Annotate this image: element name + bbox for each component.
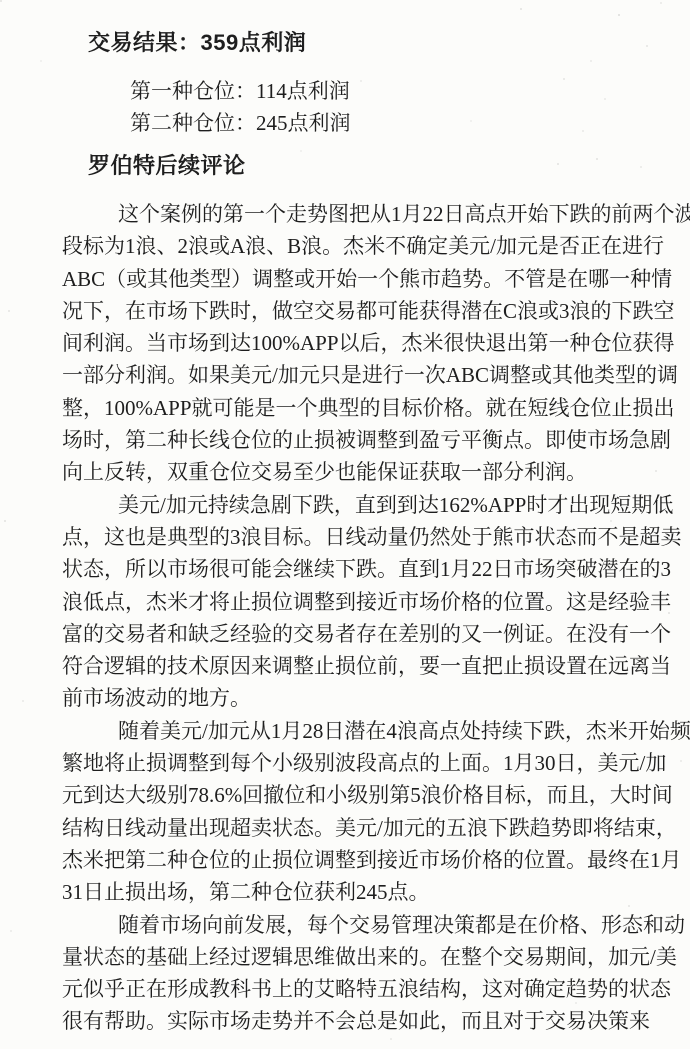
paragraph: 美元/加元持续急剧下跌，直到到达162%APP时才出现短期低点，这也是典型的3浪… — [62, 489, 628, 715]
paragraphs: 这个案例的第一个走势图把从1月22日高点开始下跌的前两个波段标为1浪、2浪或A浪… — [62, 198, 628, 1038]
text-line: 31日止损出场，第二种仓位获利245点。 — [62, 876, 628, 908]
text-line: 间利润。当市场到达100%APP以后，杰米很快退出第一种仓位获得 — [62, 327, 628, 359]
text-line: 前市场波动的地方。 — [62, 682, 628, 714]
text-line: 这个案例的第一个走势图把从1月22日高点开始下跌的前两个波 — [62, 198, 628, 230]
text-line: 段标为1浪、2浪或A浪、B浪。杰米不确定美元/加元是否正在进行 — [62, 230, 628, 262]
text-line: 富的交易者和缺乏经验的交易者存在差别的又一例证。在没有一个 — [62, 618, 628, 650]
text-line: 结构日线动量出现超卖状态。美元/加元的五浪下跌趋势即将结束， — [62, 812, 628, 844]
scan-noise-specks — [0, 0, 2, 2]
position-results-list: 第一种仓位：114点利润 第二种仓位：245点利润 — [130, 75, 628, 139]
text-line: 元似乎正在形成教科书上的艾略特五浪结构，这对确定趋势的状态 — [62, 973, 628, 1005]
text-line: 杰米把第二种仓位的止损位调整到接近市场价格的位置。最终在1月 — [62, 844, 628, 876]
text-line: 随着美元/加元从1月28日潜在4浪高点处持续下跌，杰米开始频 — [62, 715, 628, 747]
text-line: 量状态的基础上经过逻辑思维做出来的。在整个交易期间，加元/美 — [62, 941, 628, 973]
commentary-heading: 罗伯特后续评论 — [88, 153, 628, 179]
text-line: 元到达大级别78.6%回撤位和小级别第5浪价格目标，而且，大时间 — [62, 779, 628, 811]
text-line: 状态，所以市场很可能会继续下跌。直到1月22日市场突破潜在的3 — [62, 553, 628, 585]
text-line: 符合逻辑的技术原因来调整止损位前，要一直把止损设置在远离当 — [62, 650, 628, 682]
page-content: 交易结果：359点利润 第一种仓位：114点利润 第二种仓位：245点利润 罗伯… — [62, 0, 628, 1038]
text-line: 繁地将止损调整到每个小级别波段高点的上面。1月30日，美元/加 — [62, 747, 628, 779]
text-line: 整，100%APP就可能是一个典型的目标价格。就在短线仓位止损出 — [62, 392, 628, 424]
position-result-line: 第二种仓位：245点利润 — [130, 107, 628, 139]
text-line: 点，这也是典型的3浪目标。日线动量仍然处于熊市状态而不是超卖 — [62, 521, 628, 553]
text-line: 一部分利润。如果美元/加元只是进行一次ABC调整或其他类型的调 — [62, 359, 628, 391]
paragraph: 这个案例的第一个走势图把从1月22日高点开始下跌的前两个波段标为1浪、2浪或A浪… — [62, 198, 628, 489]
paragraph: 随着美元/加元从1月28日潜在4浪高点处持续下跌，杰米开始频繁地将止损调整到每个… — [62, 715, 628, 909]
text-line: 很有帮助。实际市场走势并不会总是如此，而且对于交易决策来 — [62, 1005, 628, 1037]
trade-result-heading: 交易结果：359点利润 — [88, 30, 628, 56]
text-line: 浪低点，杰米才将止损位调整到接近市场价格的位置。这是经验丰 — [62, 586, 628, 618]
paragraph: 随着市场向前发展，每个交易管理决策都是在价格、形态和动量状态的基础上经过逻辑思维… — [62, 909, 628, 1038]
text-line: ABC（或其他类型）调整或开始一个熊市趋势。不管是在哪一种情 — [62, 263, 628, 295]
text-line: 况下，在市场下跌时，做空交易都可能获得潜在C浪或3浪的下跌空 — [62, 295, 628, 327]
text-line: 美元/加元持续急剧下跌，直到到达162%APP时才出现短期低 — [62, 489, 628, 521]
text-line: 场时，第二种长线仓位的止损被调整到盈亏平衡点。即使市场急剧 — [62, 424, 628, 456]
scanned-book-page: 交易结果：359点利润 第一种仓位：114点利润 第二种仓位：245点利润 罗伯… — [0, 0, 690, 1049]
text-line: 向上反转，双重仓位交易至少也能保证获取一部分利润。 — [62, 456, 628, 488]
text-line: 随着市场向前发展，每个交易管理决策都是在价格、形态和动 — [62, 909, 628, 941]
position-result-line: 第一种仓位：114点利润 — [130, 75, 628, 107]
